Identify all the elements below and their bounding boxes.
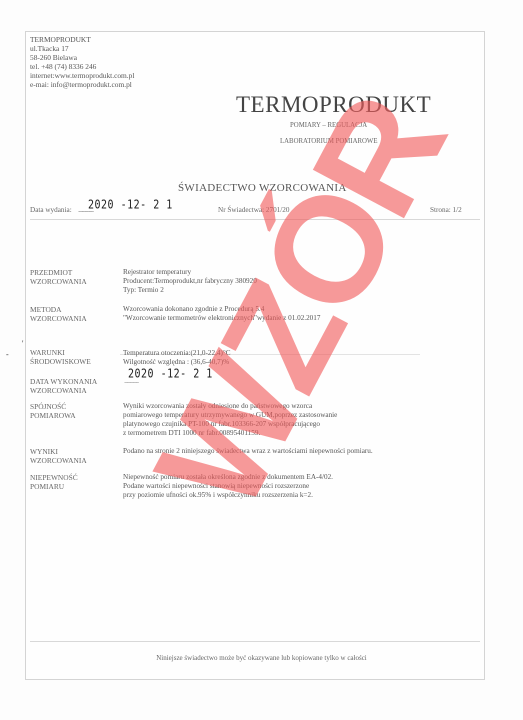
uncertainty-label: NIEPEWNOŚĆ POMIARU <box>30 473 78 491</box>
execution-date-label: DATA WYKONANIA WZORCOWANIA <box>30 377 97 395</box>
conditions-label-line: ŚRODOWISKOWE <box>30 357 91 366</box>
results-label-line: WYNIKI <box>30 447 87 456</box>
execution-date-stamp: 2020 -12- 2 1 <box>128 368 213 382</box>
method-line: Wzorcowania dokonano zgodnie z Procedurą… <box>123 305 320 314</box>
document-title: ŚWIADECTWO WZORCOWANIA <box>178 182 347 194</box>
subject-body: Rejestrator temperatury Producent:Termop… <box>123 268 257 295</box>
method-line: "Wzorcowanie termometrów elektronicznych… <box>123 314 320 323</box>
laboratory-name: LABORATORIUM POMIAROWE <box>280 138 378 145</box>
footer-note: Niniejsze świadectwo może być okazywane … <box>0 654 523 662</box>
results-label: WYNIKI WZORCOWANIA <box>30 447 87 465</box>
traceability-label: SPÓJNOŚĆ POMIAROWA <box>30 402 76 420</box>
scan-mark: ' <box>22 339 23 348</box>
traceability-line: z termometrem DTI 1000 nr fabr.008954011… <box>123 429 337 438</box>
company-website: internet:www.termoprodukt.com.pl <box>30 71 134 80</box>
conditions-line: Wilgotność względna : (36,6-40,7)% <box>123 358 231 367</box>
traceability-line: pomiarowego temperatury utrzymywanego w … <box>123 411 337 420</box>
company-street: ul.Tkacka 17 <box>30 44 134 53</box>
method-label-line: WZORCOWANIA <box>30 314 87 323</box>
traceability-label-line: POMIAROWA <box>30 411 76 420</box>
page-number: Strona: 1/2 <box>430 206 462 214</box>
uncertainty-label-line: NIEPEWNOŚĆ <box>30 473 78 482</box>
subject-label-line: WZORCOWANIA <box>30 277 87 286</box>
header-divider <box>30 219 480 220</box>
subject-label-line: PRZEDMIOT <box>30 268 87 277</box>
method-body: Wzorcowania dokonano zgodnie z Procedurą… <box>123 305 320 323</box>
execution-date-label-line: WZORCOWANIA <box>30 386 97 395</box>
company-name: TERMOPRODUKT <box>30 35 134 44</box>
subject-label: PRZEDMIOT WZORCOWANIA <box>30 268 87 286</box>
company-city: 58-260 Bielawa <box>30 53 134 62</box>
conditions-label: WARUNKI ŚRODOWISKOWE <box>30 348 91 366</box>
issue-date-stamp: 2020 -12- 2 1 <box>88 199 173 213</box>
traceability-line: platynowego czujnika PT-100 nr fabr.1033… <box>123 420 337 429</box>
results-line: Podano na stronie 2 niniejszego świadect… <box>123 447 373 456</box>
company-phone: tel. +48 (74) 8336 246 <box>30 62 134 71</box>
subject-line: Typ: Termio 2 <box>123 286 257 295</box>
conditions-label-line: WARUNKI <box>30 348 91 357</box>
subject-line: Rejestrator temperatury <box>123 268 257 277</box>
conditions-body: Temperatura otoczenia:(21,0-22,4)°C Wilg… <box>123 349 231 367</box>
company-email: e-mai: info@termoprodukt.com.pl <box>30 80 134 89</box>
brand-subtitle: POMIARY – REGULACJA <box>290 122 367 129</box>
conditions-line: Temperatura otoczenia:(21,0-22,4)°C <box>123 349 231 358</box>
method-label-line: METODA <box>30 305 87 314</box>
uncertainty-line: Podane wartości niepewności stanowią nie… <box>123 482 333 491</box>
subject-line: Producent:Termoprodukt,nr fabryczny 3809… <box>123 277 257 286</box>
execution-date-label-line: DATA WYKONANIA <box>30 377 97 386</box>
results-body: Podano na stronie 2 niniejszego świadect… <box>123 447 373 456</box>
issue-date-label: Data wydania: <box>30 206 72 214</box>
uncertainty-line: przy poziomie ufności ok.95% i współczyn… <box>123 491 333 500</box>
document-meta-row: Data wydania: ................... 2020 -… <box>30 200 480 216</box>
results-label-line: WZORCOWANIA <box>30 456 87 465</box>
traceability-body: Wyniki wzorcowania zostały odniesione do… <box>123 402 337 438</box>
certificate-number: Nr Świadectwa: 2701/20 <box>218 206 289 214</box>
traceability-label-line: SPÓJNOŚĆ <box>30 402 76 411</box>
uncertainty-body: Niepewność pomiaru została określona zgo… <box>123 473 333 500</box>
company-address: TERMOPRODUKT ul.Tkacka 17 58-260 Bielawa… <box>30 35 134 89</box>
footer-divider <box>30 641 480 642</box>
traceability-line: Wyniki wzorcowania zostały odniesione do… <box>123 402 337 411</box>
uncertainty-line: Niepewność pomiaru została określona zgo… <box>123 473 333 482</box>
uncertainty-label-line: POMIARU <box>30 482 78 491</box>
method-label: METODA WZORCOWANIA <box>30 305 87 323</box>
scan-mark: - <box>6 350 9 359</box>
execution-date-dots: ................... <box>124 377 138 385</box>
brand-logo-title: TERMOPRODUKT <box>236 92 431 118</box>
certificate-frame <box>25 31 485 680</box>
